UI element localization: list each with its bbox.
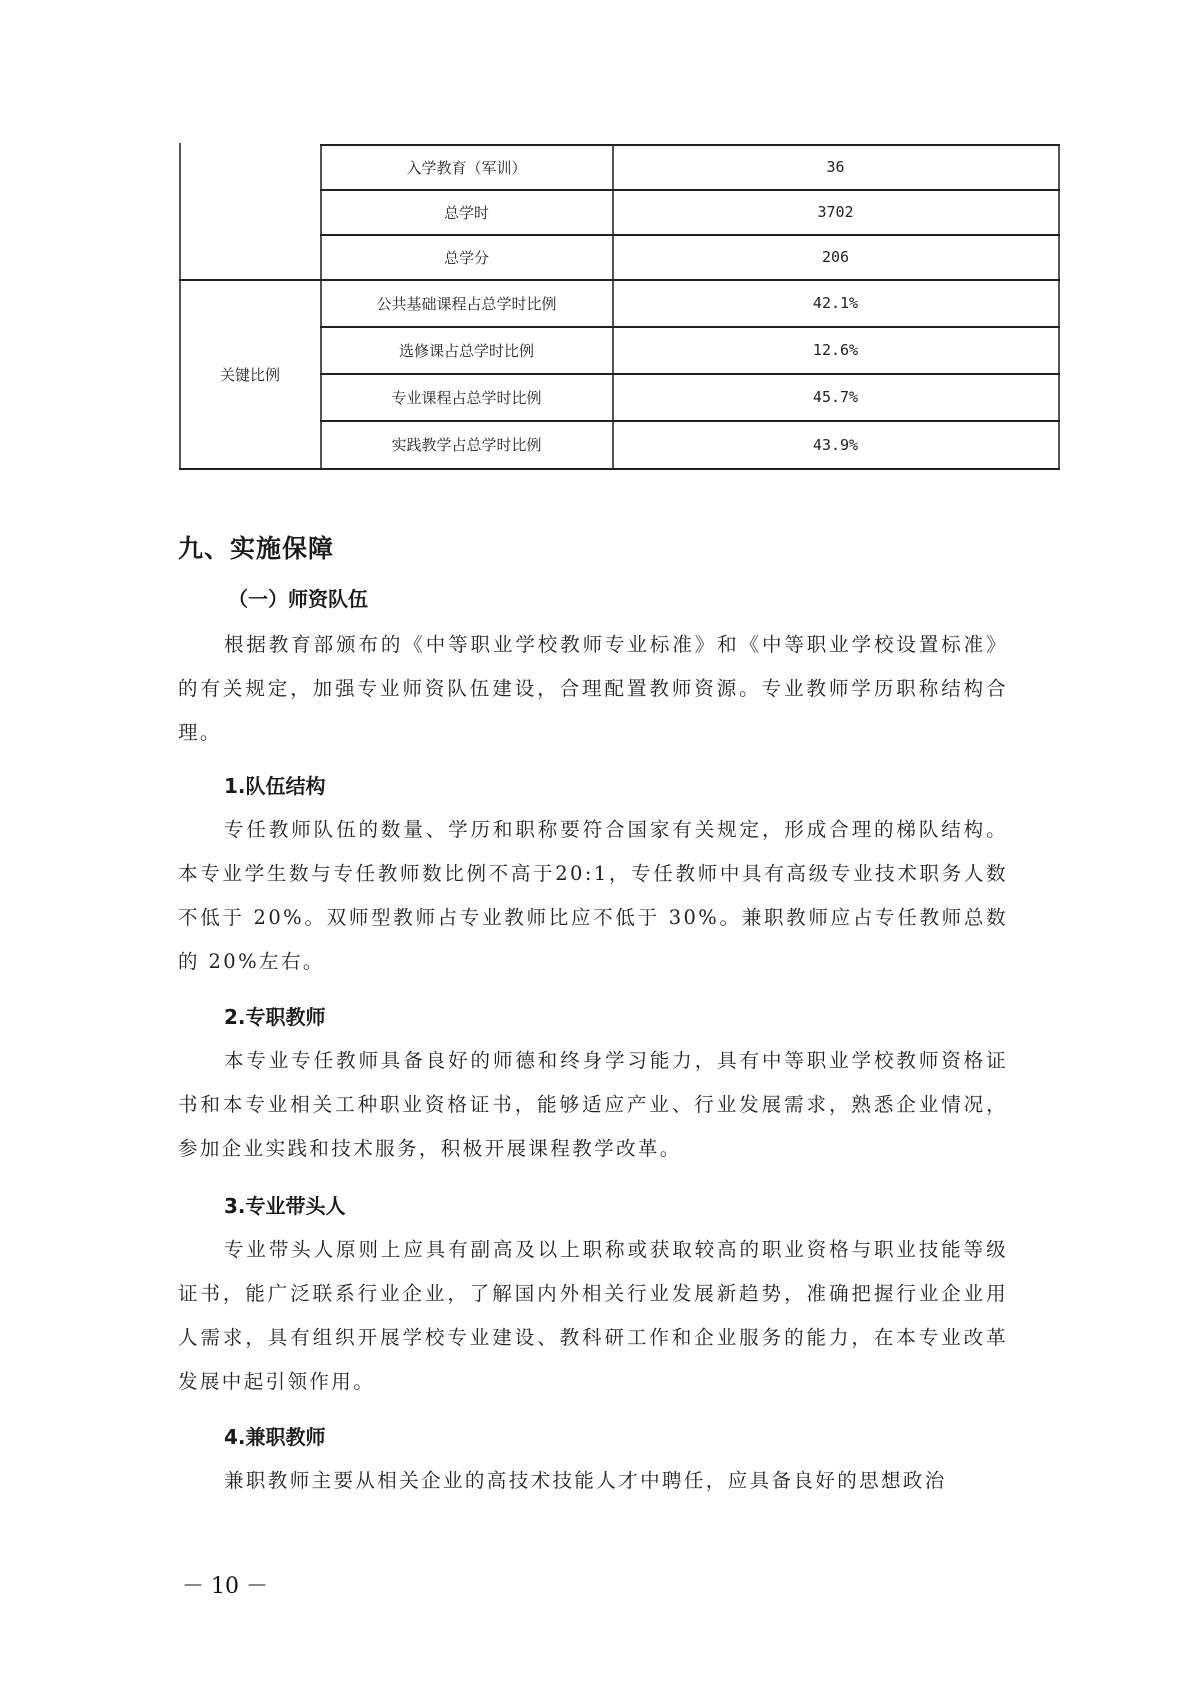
- table-cell-value: 36: [613, 145, 1058, 189]
- table-cell-value: 3702: [613, 190, 1058, 234]
- table-cell-label: 选修课占总学时比例: [321, 327, 612, 373]
- table-cell-label: 总学分: [321, 235, 612, 279]
- table-cell-value: 12.6%: [613, 327, 1058, 373]
- table-cell-label: 实践教学占总学时比例: [321, 421, 612, 468]
- item-heading: 1.队伍结构: [224, 770, 326, 799]
- item-paragraph: 兼职教师主要从相关企业的高技术技能人才中聘任，应具备良好的思想政治: [178, 1459, 1008, 1503]
- table-cell-value: 43.9%: [613, 421, 1058, 468]
- item-paragraph: 本专业专任教师具备良好的师德和终身学习能力，具有中等职业学校教师资格证书和本专业…: [178, 1039, 1008, 1171]
- table-cell-value: 206: [613, 235, 1058, 279]
- table-cell-label: 总学时: [321, 190, 612, 234]
- item-heading: 2.专职教师: [224, 1001, 326, 1030]
- table-cell-label: 公共基础课程占总学时比例: [321, 280, 612, 326]
- curriculum-summary-table: 入学教育（军训） 36 总学时 3702 总学分 206 关键比例 公共基础课程…: [179, 143, 1059, 470]
- section-title: 九、实施保障: [178, 529, 334, 565]
- table-cell-value: 42.1%: [613, 280, 1058, 326]
- table-cell-label: 入学教育（军训）: [321, 145, 612, 189]
- table-group-label: 关键比例: [180, 280, 320, 468]
- table-border-bottom: [179, 468, 1060, 470]
- intro-paragraph: 根据教育部颁布的《中等职业学校教师专业标准》和《中等职业学校设置标准》的有关规定…: [178, 623, 1008, 755]
- table-cell-label: 专业课程占总学时比例: [321, 374, 612, 420]
- item-paragraph: 专任教师队伍的数量、学历和职称要符合国家有关规定，形成合理的梯队结构。本专业学生…: [178, 808, 1008, 984]
- page-number: － 10 －: [182, 1569, 268, 1600]
- item-heading: 3.专业带头人: [224, 1190, 346, 1219]
- table-cell-value: 45.7%: [613, 374, 1058, 420]
- subsection-title: （一）师资队伍: [228, 583, 368, 612]
- item-paragraph: 专业带头人原则上应具有副高及以上职称或获取较高的职业资格与职业技能等级证书，能广…: [178, 1228, 1008, 1404]
- item-heading: 4.兼职教师: [224, 1421, 326, 1450]
